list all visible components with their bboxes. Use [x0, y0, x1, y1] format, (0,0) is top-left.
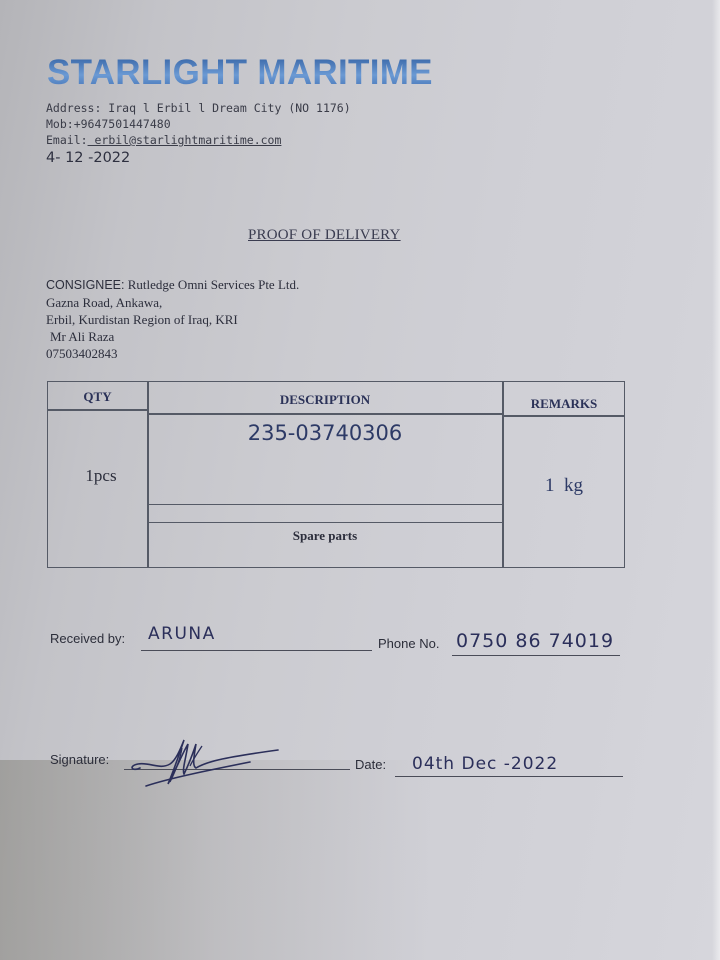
- table-divider: [48, 409, 148, 411]
- company-mobile: Mob:+9647501447480: [46, 116, 171, 132]
- photo-shadow: [0, 760, 720, 960]
- date-label: Date:: [355, 757, 386, 772]
- email-link[interactable]: erbil@starlightmaritime.com: [88, 133, 282, 147]
- consignee-phone: 07503402843: [46, 345, 299, 362]
- company-address: Address: Iraq l Erbil l Dream City (NO 1…: [46, 100, 351, 116]
- date-value[interactable]: 04th Dec -2022: [412, 754, 558, 774]
- description-cell: Spare parts: [148, 528, 502, 544]
- document-title: PROOF OF DELIVERY: [248, 227, 401, 244]
- part-number-cell: 235-03740306: [148, 421, 502, 445]
- signature-scribble[interactable]: [110, 730, 290, 794]
- document-date: 4- 12 -2022: [46, 150, 130, 166]
- consignee-block: CONSIGNEE: Rutledge Omni Services Pte Lt…: [46, 276, 299, 362]
- consignee-company: Rutledge Omni Services Pte Ltd.: [125, 277, 300, 292]
- phone-value[interactable]: 0750 86 74019: [456, 630, 614, 652]
- company-email-line: Email: erbil@starlightmaritime.com: [46, 132, 281, 148]
- company-name: STARLIGHT MARITIME: [47, 53, 433, 93]
- consignee-contact: Mr Ali Raza: [46, 328, 299, 345]
- table-divider: [503, 415, 625, 417]
- consignee-address-2: Erbil, Kurdistan Region of Iraq, KRI: [46, 311, 299, 328]
- consignee-line: CONSIGNEE: Rutledge Omni Services Pte Lt…: [46, 276, 299, 294]
- paper-edge: [712, 0, 720, 960]
- remarks-cell: 1 kg: [503, 475, 625, 497]
- email-label: Email:: [46, 133, 88, 147]
- phone-label: Phone No.: [378, 636, 439, 651]
- qty-cell: 1pcs: [48, 466, 154, 486]
- header-remarks: REMARKS: [503, 396, 625, 412]
- signature-label: Signature:: [50, 752, 109, 767]
- received-by-label: Received by:: [50, 631, 125, 646]
- received-by-value[interactable]: ARUNA: [148, 624, 216, 644]
- header-qty: QTY: [48, 389, 147, 405]
- table-divider: [148, 522, 502, 523]
- phone-line: [452, 655, 620, 656]
- table-divider: [148, 413, 503, 415]
- delivery-table: QTY DESCRIPTION REMARKS 1pcs 235-0374030…: [47, 381, 625, 568]
- date-line: [395, 776, 623, 777]
- received-by-line: [141, 650, 372, 651]
- consignee-address-1: Gazna Road, Ankawa,: [46, 294, 299, 311]
- header-description: DESCRIPTION: [148, 392, 502, 408]
- table-divider: [148, 504, 502, 505]
- consignee-label: CONSIGNEE:: [46, 278, 125, 292]
